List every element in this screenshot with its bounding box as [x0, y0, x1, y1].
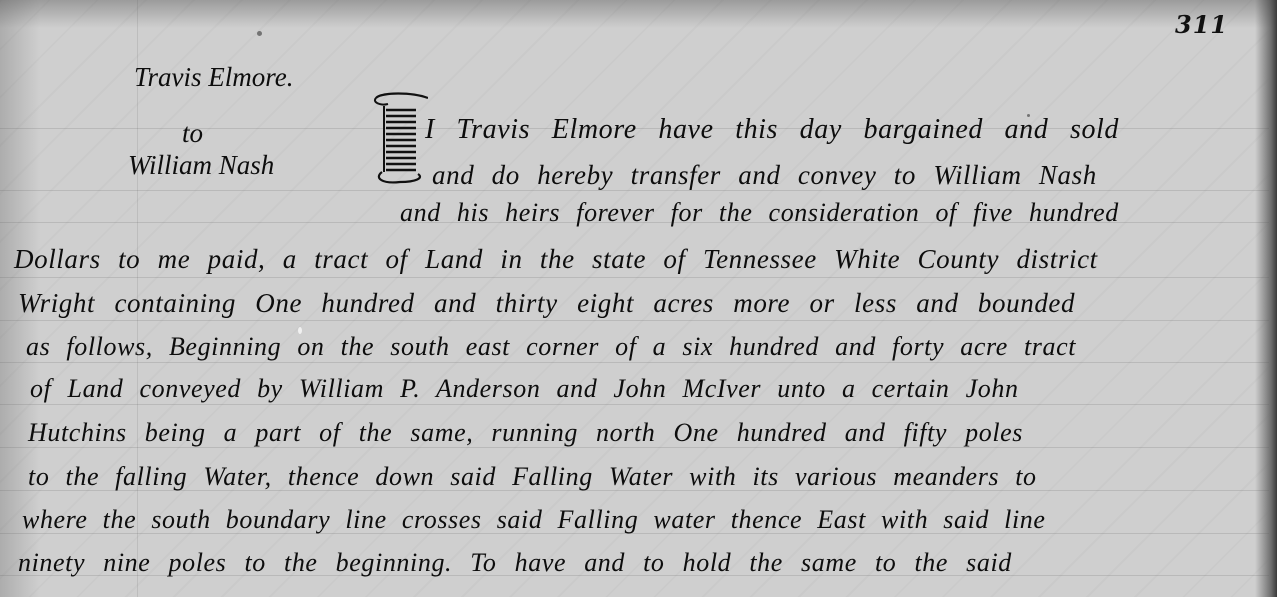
- deed-line-9: to the falling Water, thence down said F…: [28, 462, 1037, 492]
- deed-line-6: as follows, Beginning on the south east …: [26, 332, 1076, 362]
- deed-line-11: ninety nine poles to the beginning. To h…: [18, 548, 1012, 578]
- deed-line-8: Hutchins being a part of the same, runni…: [28, 418, 1023, 448]
- seal-scroll-icon: [372, 92, 428, 184]
- grantor-caption: Travis Elmore.: [134, 62, 294, 93]
- deed-line-4: Dollars to me paid, a tract of Land in t…: [14, 244, 1098, 275]
- ruled-line: [0, 277, 1269, 278]
- deed-page: 311 Travis Elmore. to William Nash I Tra…: [0, 0, 1277, 597]
- page-number: 311: [1175, 10, 1228, 39]
- deed-line-5: Wright containing One hundred and thirty…: [18, 288, 1075, 319]
- ruled-line: [0, 404, 1269, 405]
- deed-line-10: where the south boundary line crosses sa…: [22, 505, 1046, 535]
- deed-line-2: and do hereby transfer and convey to Wil…: [432, 160, 1097, 191]
- caption-to: to: [182, 118, 203, 149]
- ruled-line: [0, 320, 1269, 321]
- grantee-caption: William Nash: [128, 150, 274, 181]
- scan-speck: [257, 31, 262, 36]
- deed-line-7: of Land conveyed by William P. Anderson …: [30, 374, 1019, 404]
- deed-line-1: I Travis Elmore have this day bargained …: [425, 114, 1119, 146]
- deed-line-3: and his heirs forever for the considerat…: [400, 198, 1119, 228]
- ruled-line: [0, 362, 1269, 363]
